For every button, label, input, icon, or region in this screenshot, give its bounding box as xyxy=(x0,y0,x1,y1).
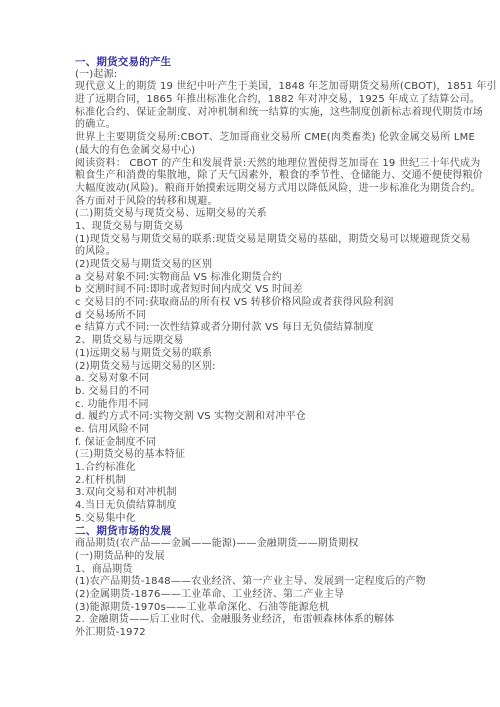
text-line: 阅读资料： CBOT 的产生和发展背景:天然的地理位置使得芝加哥在 19 世纪三… xyxy=(75,158,455,171)
text-line: 现代意义上的期货 19 世纪中叶产生于美国，1848 年芝加哥期货交易所(CBO… xyxy=(75,81,455,94)
text-line: 进了远期合同，1865 年推出标准化合约，1882 年对冲交易，1925 年成立… xyxy=(75,94,455,107)
text-line: c. 功能作用不同 xyxy=(75,399,455,412)
text-line: c 交易目的不同:获取商品的所有权 VS 转移价格风险或者获得风险利润 xyxy=(75,297,455,310)
text-line: 2、期货交易与远期交易 xyxy=(75,335,455,348)
text-line: 2.杠杆机制 xyxy=(75,475,455,488)
text-line: 1、商品期货 xyxy=(75,564,455,577)
text-line: (三)期货交易的基本特征 xyxy=(75,449,455,462)
text-line: f. 保证金制度不同 xyxy=(75,437,455,450)
text-line: d 交易场所不同 xyxy=(75,310,455,323)
text-line: (3)能源期货-1970s——工业革命深化、石油等能源危机 xyxy=(75,602,455,615)
text-line: (2)期货交易与远期交易的区别: xyxy=(75,361,455,374)
section-heading: 一、期货交易的产生 xyxy=(75,56,455,69)
text-line: d. 履约方式不同:实物交割 VS 实物交割和对冲平仓 xyxy=(75,411,455,424)
text-line: 的风险。 xyxy=(75,246,455,259)
text-line: b 交割时间不同:即时或者短时间内成交 VS 时间差 xyxy=(75,284,455,297)
text-line: e. 信用风险不同 xyxy=(75,424,455,437)
document-page: 一、期货交易的产生(一)起源:现代意义上的期货 19 世纪中叶产生于美国，184… xyxy=(0,0,500,707)
text-line: a 交易对象不同:实物商品 VS 标准化期货合约 xyxy=(75,272,455,285)
text-line: 标准化合约、保证金制度、对冲机制和统一结算的实施，这些制度创新标志着现代期货市场 xyxy=(75,107,455,120)
text-line: 1.合约标准化 xyxy=(75,462,455,475)
text-line: 的确立。 xyxy=(75,119,455,132)
text-line: 4.当日无负债结算制度 xyxy=(75,500,455,513)
text-line: (1)农产品期货-1848——农业经济、第一产业主导、发展到一定程度后的产物 xyxy=(75,576,455,589)
text-line: (2)金属期货-1876——工业革命、工业经济、第二产业主导 xyxy=(75,589,455,602)
text-line: (二)期货交易与现货交易、远期交易的关系 xyxy=(75,208,455,221)
text-line: (1)远期交易与期货交易的联系 xyxy=(75,348,455,361)
text-line: 外汇期货-1972 xyxy=(75,627,455,640)
text-line: (最大的有色金属交易中心) xyxy=(75,145,455,158)
text-line: 3.双向交易和对冲机制 xyxy=(75,487,455,500)
text-line: 商品期货(农产品——金属——能源)——金融期货——期货期权 xyxy=(75,538,455,551)
text-line: (一)期货品种的发展 xyxy=(75,551,455,564)
text-line: 5.交易集中化 xyxy=(75,513,455,526)
text-line: 大幅度波动(风险)。粮商开始摸索远期交易方式用以降低风险，进一步标准化为期货合约… xyxy=(75,183,455,196)
text-line: (1)现货交易与期货交易的联系:现货交易是期货交易的基础，期货交易可以规避现货交… xyxy=(75,234,455,247)
text-line: e 结算方式不同:一次性结算或者分期付款 VS 每日无负债结算制度 xyxy=(75,322,455,335)
text-line: 2. 金融期货——后工业时代、金融服务业经济，布雷顿森林体系的解体 xyxy=(75,614,455,627)
text-line: 1、现货交易与期货交易 xyxy=(75,221,455,234)
text-line: b. 交易目的不同 xyxy=(75,386,455,399)
text-line: 各方面对于风险的转移和规避。 xyxy=(75,196,455,209)
document-text-block: 一、期货交易的产生(一)起源:现代意义上的期货 19 世纪中叶产生于美国，184… xyxy=(75,56,455,640)
text-line: a. 交易对象不同 xyxy=(75,373,455,386)
text-line: 粮食生产和消费的集散地，除了天气因素外，粮食的季节性、仓储能力、交通不便使得粮价 xyxy=(75,170,455,183)
text-line: (2)现货交易与期货交易的区别 xyxy=(75,259,455,272)
text-line: (一)起源: xyxy=(75,69,455,82)
section-heading: 二、期货市场的发展 xyxy=(75,525,455,538)
text-line: 世界上主要期货交易所:CBOT、芝加哥商业交易所 CME(肉类畜类) 伦敦金属交… xyxy=(75,132,455,145)
